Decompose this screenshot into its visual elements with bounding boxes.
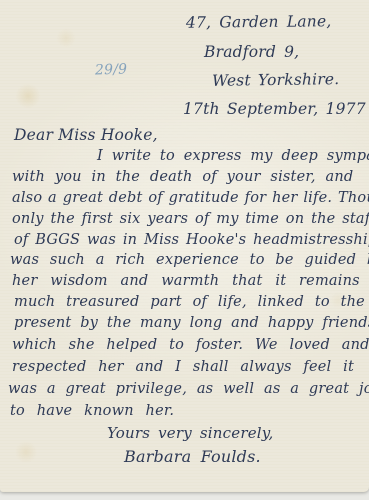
address-line: 47, Garden Lane, xyxy=(186,12,332,32)
body-line: was such a rich experience to be guided … xyxy=(10,252,369,269)
body-line: her wisdom and warmth that it remains a xyxy=(12,273,369,290)
date-annotation: 29/9 xyxy=(95,61,128,79)
address-line: West Yorkshire. xyxy=(212,70,340,90)
body-line: I write to express my deep sympathy xyxy=(97,148,369,165)
body-line: to have known her. xyxy=(10,403,174,420)
body-line: only the first six years of my time on t… xyxy=(12,211,369,228)
body-line: of BGGS was in Miss Hooke's headmistress… xyxy=(14,232,369,249)
address-line: Bradford 9, xyxy=(204,43,299,62)
signature: Barbara Foulds. xyxy=(124,447,261,466)
salutation: Dear Miss Hooke, xyxy=(14,126,158,145)
body-line: much treasured part of life, linked to t… xyxy=(14,294,365,311)
body-line: which she helped to foster. We loved and xyxy=(12,337,369,354)
body-line: present by the many long and happy frien… xyxy=(14,315,369,332)
body-line: respected her and I shall always feel it xyxy=(12,359,354,376)
letter-scan: 29/9 47, Garden Lane, Bradford 9, West Y… xyxy=(0,0,369,500)
closing: Yours very sincerely, xyxy=(107,424,273,442)
letter-date: 17th September, 1977 xyxy=(183,100,366,119)
body-line: also a great debt of gratitude for her l… xyxy=(12,190,369,207)
body-line: was a great privilege, as well as a grea… xyxy=(8,381,369,398)
letter-paper: 29/9 47, Garden Lane, Bradford 9, West Y… xyxy=(0,0,369,492)
body-line: with you in the death of your sister, an… xyxy=(12,169,353,186)
